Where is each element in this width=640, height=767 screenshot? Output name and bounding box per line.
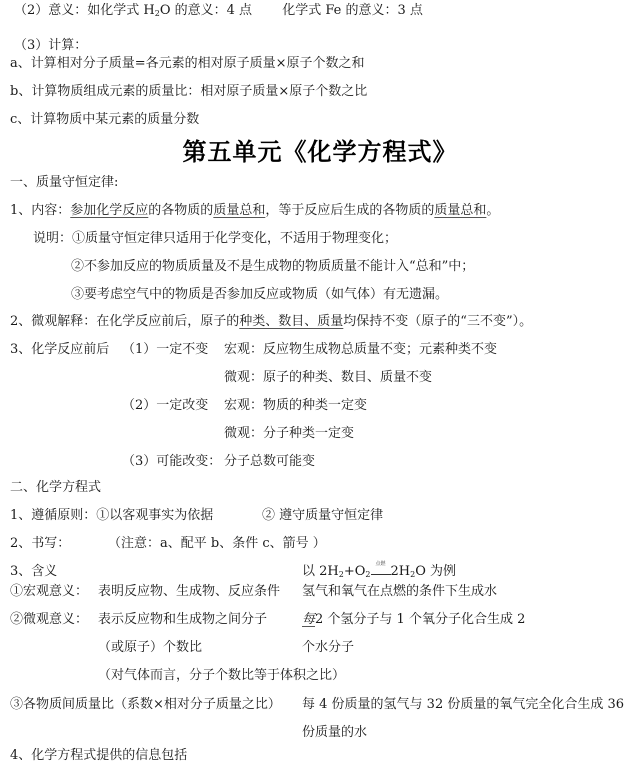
micro-line: 2、微观解释：在化学反应前后，原子的种类、数目、质量均保持不变（原子的“三不变”… [10, 314, 532, 330]
content-prefix: 1、内容： [10, 203, 70, 218]
group-row: 宏观：反应物生成物总质量不变；元素种类不变 [224, 342, 497, 358]
group-row: 宏观：物质的种类一定变 [224, 398, 367, 414]
calc-a: a、计算相对分子质量=各元素的相对原子质量×原子个数之和 [10, 56, 365, 72]
item-example: 个水分子 [302, 640, 354, 656]
writing-note: （注意：a、配平 b、条件 c、箭号 ） [108, 536, 326, 552]
note-3: ③要考虑空气中的物质是否参加反应或物质（如气体）有无遗漏。 [71, 287, 448, 303]
group-row: 微观：原子的种类、数目、质量不变 [224, 370, 432, 386]
meaning-line: （2）意义：如化学式 H2O 的意义：4 点 化学式 Fe 的意义：3 点 [14, 3, 423, 19]
note-1: 说明：①质量守恒定律只适用于化学变化，不适用于物理变化； [33, 231, 397, 247]
item-desc: 表明反应物、生成物、反应条件 [98, 584, 280, 600]
principle-label: 1、遵循原则：①以客观事实为依据 [10, 508, 213, 524]
content-text: 的各物质的 [148, 203, 213, 218]
calc-b: b、计算物质组成元素的质量比：相对原子质量×原子个数之比 [10, 84, 367, 100]
item-example: 每2 个氢分子与 1 个氧分子化合生成 2 [302, 612, 525, 628]
reaction-arrow: 点燃 [371, 567, 391, 575]
before-after-label: 3、化学反应前后 [10, 342, 109, 358]
item-example: 氢气和氧气在点燃的条件下生成水 [302, 584, 497, 600]
condition-label: 点燃 [371, 561, 391, 567]
meaning-label: 3、含义 [10, 564, 57, 580]
principle-second: ② 遵守质量守恒定律 [262, 508, 383, 524]
underlined-term: 种类、数目、质量 [239, 314, 343, 329]
item-label: ①宏观意义： [10, 584, 88, 600]
item-example: 份质量的水 [302, 725, 367, 741]
eq-text: O 为例 [415, 564, 456, 579]
eq-text: 2H [391, 564, 411, 579]
equals-bar [371, 574, 391, 575]
section2-heading: 二、化学方程式 [10, 480, 101, 496]
section1-heading: 一、质量守恒定律: [10, 175, 118, 191]
underlined-term: 质量总和 [213, 203, 265, 218]
underlined-term: 参加化学反应 [70, 203, 148, 218]
underlined-term: 质量总和 [434, 203, 486, 218]
info-line: 4、化学方程式提供的信息包括 [10, 748, 187, 764]
page-title: 第五单元《化学方程式》 [0, 137, 640, 167]
item-desc: （对气体而言，分子个数比等于体积之比） [98, 668, 345, 684]
meaning-fe: 化学式 Fe 的意义：3 点 [282, 3, 423, 18]
item-label: ③各物质间质量比（系数×相对分子质量之比） [10, 697, 281, 713]
eq-text: +O [344, 564, 366, 579]
item-desc: 表示反应物和生成物之间分子 [98, 612, 267, 628]
group-tag: （2）一定改变 [122, 398, 208, 414]
micro-prefix: 2、微观解释：在化学反应前后，原子的 [10, 314, 239, 329]
calc-c: c、计算物质中某元素的质量分数 [10, 112, 199, 128]
item-desc: （或原子）个数比 [98, 640, 202, 656]
writing-label: 2、书写： [10, 536, 70, 552]
item-label: ②微观意义： [10, 612, 88, 628]
item-example: 每 4 份质量的氢气与 32 份质量的氧气完全化合生成 36 [302, 697, 624, 713]
underlined-term: 每 [302, 612, 315, 627]
item-example-text: 2 个氢分子与 1 个氧分子化合生成 2 [315, 612, 525, 627]
content-line: 1、内容：参加化学反应的各物质的质量总和，等于反应后生成的各物质的质量总和。 [10, 203, 499, 219]
meaning-h2o-rest: O 的意义：4 点 [160, 3, 252, 18]
group-tag: （1）一定不变 [122, 342, 208, 358]
group-tag: （3）可能改变： [122, 454, 221, 470]
eq-text: 以 2H [302, 564, 339, 579]
group-row: 分子总数可能变 [224, 454, 315, 470]
calc-header: （3）计算： [14, 38, 87, 54]
equation-example: 以 2H2+O2点燃2H2O 为例 [302, 564, 456, 580]
meaning-intro: （2）意义：如化学式 H [14, 3, 155, 18]
micro-suffix: 均保持不变（原子的“三不变”）。 [343, 314, 532, 329]
group-row: 微观：分子种类一定变 [224, 426, 354, 442]
note-2: ②不参加反应的物质质量及不是生成物的物质质量不能计入“总和”中； [71, 259, 474, 275]
content-text: ，等于反应后生成的各物质的 [265, 203, 434, 218]
content-text: 。 [486, 203, 499, 218]
